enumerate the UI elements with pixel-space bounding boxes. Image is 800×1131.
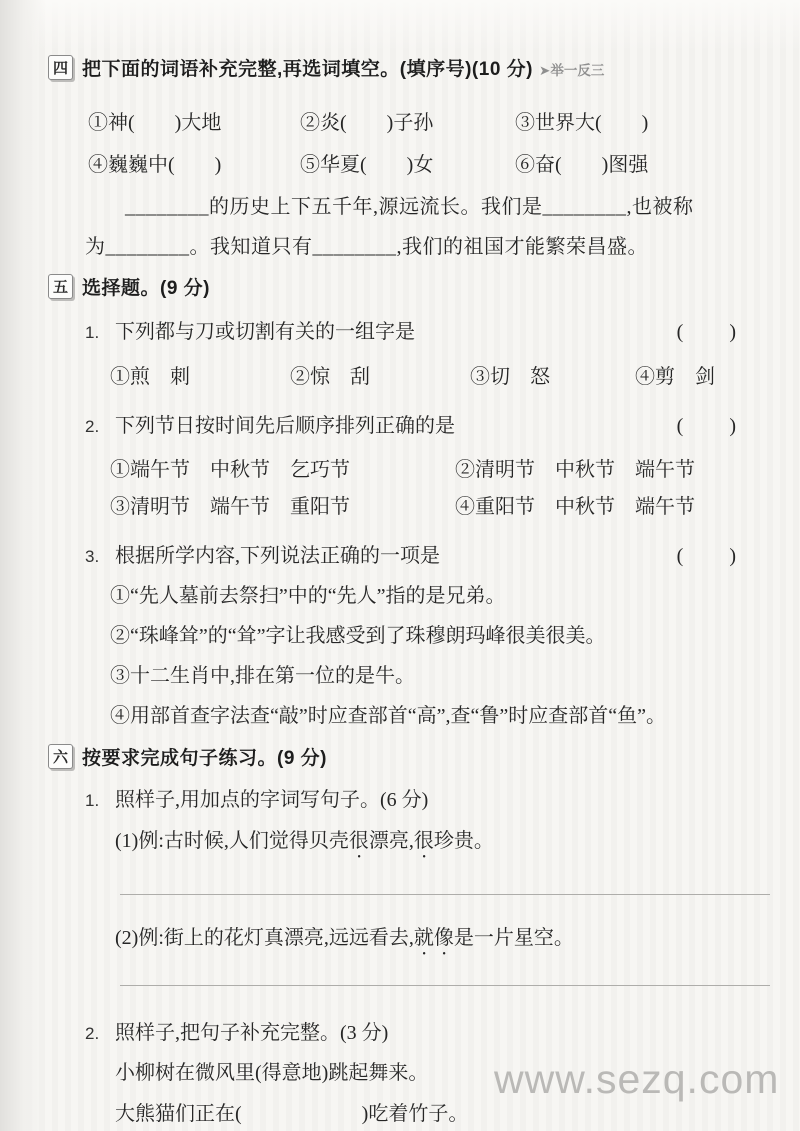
question-2-options: ①端午节 中秋节 乞巧节 ②清明节 中秋节 端午节 ③清明节 端午节 重阳节 ④…: [110, 452, 760, 526]
text-segment: 是一片星空。: [454, 927, 574, 949]
site-watermark: www.sezq.com: [494, 1056, 779, 1103]
word-item-4: ④巍巍中( ): [88, 148, 300, 177]
word-item-1: ①神( )大地: [88, 106, 300, 135]
word-item-5: ⑤华夏( )女: [300, 148, 515, 177]
subquestion-2-text: 照样子,把句子补充完整。(3 分): [115, 1018, 388, 1048]
option-3: ③切 怒: [470, 362, 635, 392]
option-2: ②清明节 中秋节 端午节: [455, 452, 760, 489]
option-1: ①煎 刺: [110, 362, 290, 392]
fill-in-paragraph-line-2: 为________。我知道只有________,我们的祖国才能繁荣昌盛。: [85, 227, 760, 267]
scanned-test-page: 四 把下面的词语补充完整,再选词填空。(填序号)(10 分) ➤举一反三 ①神(…: [0, 0, 800, 1131]
option-3: ③十二生肖中,排在第一位的是牛。: [110, 656, 760, 696]
subquestion-2-number: 2.: [85, 1019, 115, 1049]
example-sentence-2: (2)例:街上的花灯真漂亮,远远看去,就像是一片星空。: [115, 923, 760, 960]
option-2: ②“珠峰耸”的“耸”字让我感受到了珠穆朗玛峰很美很美。: [110, 616, 760, 656]
word-item-2: ②炎( )子孙: [300, 106, 515, 135]
subquestion-1-number: 1.: [85, 786, 115, 816]
section-six-number-badge: 六: [48, 744, 73, 769]
emphasized-text: 很: [349, 830, 369, 852]
question-3-text: 根据所学内容,下列说法正确的一项是: [115, 541, 440, 571]
question-2-text: 下列节日按时间先后顺序排列正确的是: [115, 411, 455, 441]
fill-in-paragraph-line-1: ________的历史上下五千年,源远流长。我们是________,也被称: [125, 187, 760, 227]
option-3: ③清明节 端午节 重阳节: [110, 489, 455, 526]
word-items-row-2: ④巍巍中( ) ⑤华夏( )女 ⑥奋( )图强: [88, 141, 760, 183]
word-item-6: ⑥奋( )图强: [515, 148, 760, 177]
text-segment: (1)例:古时候,人们觉得贝壳: [115, 830, 349, 852]
question-2-answer-parentheses: ( ): [677, 411, 738, 441]
section-four-number-badge: 四: [48, 55, 73, 80]
option-4: ④剪 剑: [635, 362, 715, 392]
question-2-stem: 2. 下列节日按时间先后顺序排列正确的是 ( ): [48, 411, 760, 442]
subquestion-2-stem: 2. 照样子,把句子补充完整。(3 分): [48, 1018, 760, 1049]
emphasized-text: 就像: [414, 927, 454, 949]
section-four-title: 把下面的词语补充完整,再选词填空。(填序号)(10 分): [82, 54, 533, 81]
completion-sentence: 大熊猫们正在( )吃着竹子。: [115, 1099, 760, 1129]
answer-line-1: [120, 894, 770, 895]
option-1: ①“先人墓前去祭扫”中的“先人”指的是兄弟。: [110, 576, 760, 616]
subquestion-1-text: 照样子,用加点的字词写句子。(6 分): [115, 785, 428, 815]
section-five: 五 选择题。(9 分) 1. 下列都与刀或切割有关的一组字是 ( ) ①煎 刺 …: [48, 273, 760, 736]
question-2-number: 2.: [85, 412, 115, 442]
option-1: ①端午节 中秋节 乞巧节: [110, 452, 455, 489]
section-five-title: 选择题。(9 分): [82, 273, 210, 300]
section-four: 四 把下面的词语补充完整,再选词填空。(填序号)(10 分) ➤举一反三 ①神(…: [48, 54, 760, 267]
word-item-3: ③世界大( ): [515, 106, 760, 135]
question-3-number: 3.: [85, 542, 115, 572]
question-3-answer-parentheses: ( ): [677, 541, 738, 571]
extension-tag: ➤举一反三: [539, 59, 604, 79]
text-segment: 漂亮,: [369, 830, 414, 852]
section-five-header: 五 选择题。(9 分): [48, 273, 760, 300]
section-six-header: 六 按要求完成句子练习。(9 分): [48, 743, 760, 770]
option-4: ④重阳节 中秋节 端午节: [455, 489, 760, 526]
text-segment: 珍贵。: [434, 830, 494, 852]
option-4: ④用部首查字法查“敲”时应查部首“高”,查“鲁”时应查部首“鱼”。: [110, 696, 760, 736]
question-1-answer-parentheses: ( ): [677, 317, 738, 347]
section-six-title: 按要求完成句子练习。(9 分): [82, 743, 327, 770]
question-1-options: ①煎 刺 ②惊 刮 ③切 怒 ④剪 剑: [110, 362, 760, 392]
option-2: ②惊 刮: [290, 362, 470, 392]
question-1-stem: 1. 下列都与刀或切割有关的一组字是 ( ): [48, 317, 760, 348]
section-five-number-badge: 五: [48, 274, 73, 299]
question-1-number: 1.: [85, 318, 115, 348]
emphasized-text: 很: [414, 830, 434, 852]
text-segment: (2)例:街上的花灯真漂亮,远远看去,: [115, 927, 414, 949]
answer-line-2: [120, 985, 770, 986]
question-3-options: ①“先人墓前去祭扫”中的“先人”指的是兄弟。 ②“珠峰耸”的“耸”字让我感受到了…: [110, 576, 760, 736]
subquestion-1-stem: 1. 照样子,用加点的字词写句子。(6 分): [48, 785, 760, 816]
section-four-header: 四 把下面的词语补充完整,再选词填空。(填序号)(10 分) ➤举一反三: [48, 54, 760, 81]
question-1-text: 下列都与刀或切割有关的一组字是: [115, 317, 415, 347]
word-items-row-1: ①神( )大地 ②炎( )子孙 ③世界大( ): [88, 99, 760, 141]
question-3-stem: 3. 根据所学内容,下列说法正确的一项是 ( ): [48, 541, 760, 572]
example-sentence-1: (1)例:古时候,人们觉得贝壳很漂亮,很珍贵。: [115, 826, 760, 863]
